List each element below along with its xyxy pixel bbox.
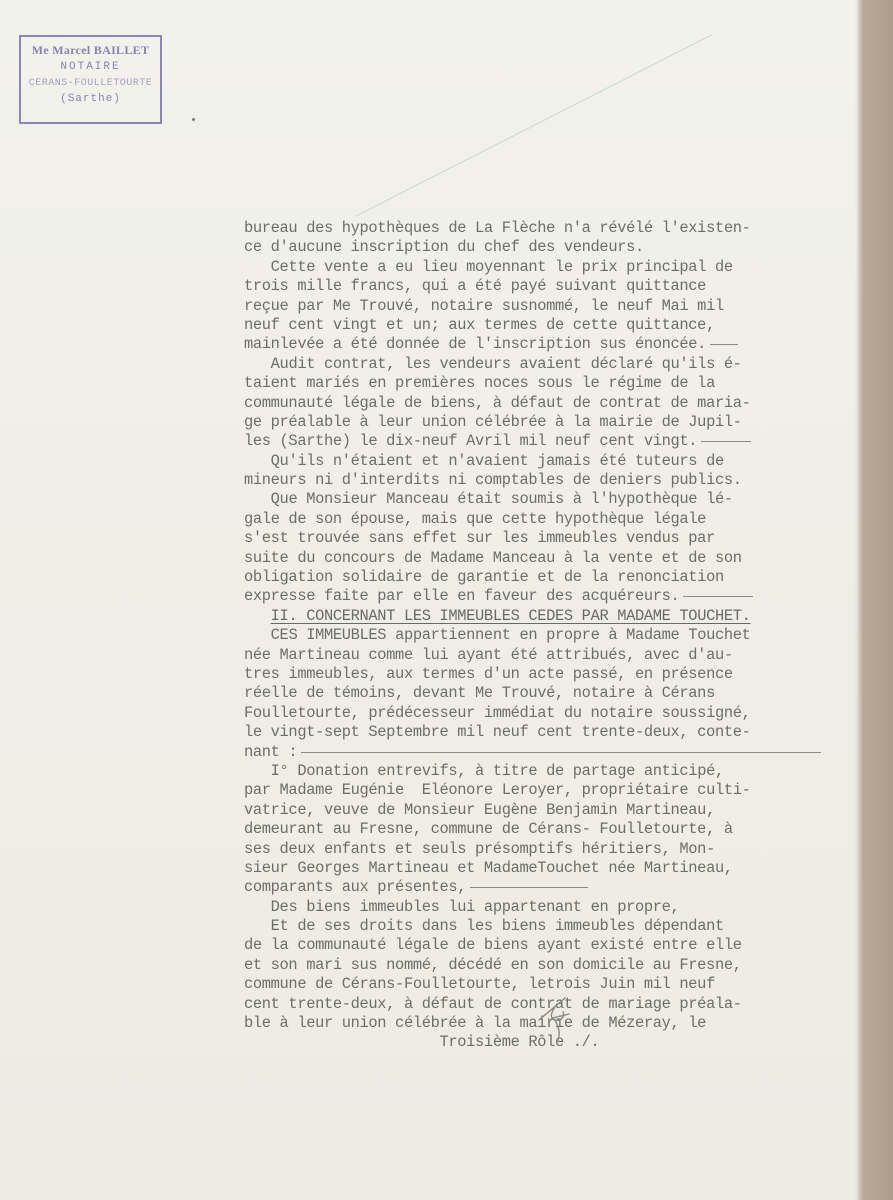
text-line: suite du concours de Madame Manceau à la… — [244, 549, 864, 568]
notary-stamp: Me Marcel BAILLET NOTAIRE CERANS-FOULLET… — [19, 35, 162, 124]
line-text: Et de ses droits dans les biens immeuble… — [271, 917, 724, 935]
filler-rule — [470, 887, 588, 888]
text-line: ses deux enfants et seuls présomptifs hé… — [244, 840, 864, 859]
text-line: Que Monsieur Manceau était soumis à l'hy… — [244, 490, 864, 509]
line-text: ble à leur union célébrée à la mairie de… — [244, 1014, 706, 1032]
text-line: sieur Georges Martineau et MadameTouchet… — [244, 859, 864, 878]
line-text: née Martineau comme lui ayant été attrib… — [244, 646, 733, 664]
text-line: les (Sarthe) le dix-neuf Avril mil neuf … — [244, 432, 864, 451]
text-line: née Martineau comme lui ayant été attrib… — [244, 646, 864, 665]
filler-rule — [683, 596, 753, 597]
ink-speck — [192, 118, 195, 121]
text-line: Audit contrat, les vendeurs avaient décl… — [244, 355, 864, 374]
text-line: gale de son épouse, mais que cette hypot… — [244, 510, 864, 529]
stamp-town: CERANS-FOULLETOURTE — [21, 79, 160, 89]
text-line: tres immeubles, aux termes d'un acte pas… — [244, 665, 864, 684]
text-line: ce d'aucune inscription du chef des vend… — [244, 238, 864, 257]
text-line: I° Donation entrevifs, à titre de partag… — [244, 762, 864, 781]
text-line: Cette vente a eu lieu moyennant le prix … — [244, 258, 864, 277]
line-text: ge préalable à leur union célébrée à la … — [244, 413, 742, 431]
line-text: communauté légale de biens, à défaut de … — [244, 394, 751, 412]
line-text: Cette vente a eu lieu moyennant le prix … — [271, 258, 733, 276]
line-text: réelle de témoins, devant Me Trouvé, not… — [244, 684, 715, 702]
text-line: Des biens immeubles lui appartenant en p… — [244, 898, 864, 917]
line-text: mainlevée a été donnée de l'inscription … — [244, 335, 706, 353]
stamp-title: NOTAIRE — [21, 62, 160, 73]
line-indent — [244, 355, 271, 373]
line-text: CES IMMEUBLES appartiennent en propre à … — [271, 626, 751, 644]
line-indent — [244, 762, 271, 780]
line-text: reçue par Me Trouvé, notaire susnommé, l… — [244, 297, 724, 315]
filler-rule — [301, 752, 821, 753]
line-text: bureau des hypothèques de La Flèche n'a … — [244, 219, 751, 237]
line-text: II. CONCERNANT LES IMMEUBLES CEDES PAR M… — [271, 607, 751, 625]
line-indent — [244, 898, 271, 916]
line-text: et son mari sus nommé, décédé en son dom… — [244, 956, 742, 974]
text-line: taient mariés en premières noces sous le… — [244, 374, 864, 393]
text-line: de la communauté légale de biens ayant e… — [244, 936, 864, 955]
text-line: communauté légale de biens, à défaut de … — [244, 394, 864, 413]
text-line: trois mille francs, qui a été payé suiva… — [244, 277, 864, 296]
line-text: Audit contrat, les vendeurs avaient décl… — [271, 355, 742, 373]
line-text: demeurant au Fresne, commune de Cérans- … — [244, 820, 733, 838]
text-line: expresse faite par elle en faveur des ac… — [244, 587, 864, 606]
typed-document-body: bureau des hypothèques de La Flèche n'a … — [244, 219, 864, 1053]
line-text: par Madame Eugénie Eléonore Leroyer, pro… — [244, 781, 751, 799]
text-line: mineurs ni d'interdits ni comptables de … — [244, 471, 864, 490]
line-text: neuf cent vingt et un; aux termes de cet… — [244, 316, 715, 334]
line-indent — [244, 917, 271, 935]
signature-initials — [535, 990, 585, 1045]
line-text: suite du concours de Madame Manceau à la… — [244, 549, 742, 567]
line-text: obligation solidaire de garantie et de l… — [244, 568, 724, 586]
line-text: sieur Georges Martineau et MadameTouchet… — [244, 859, 733, 877]
text-line: Foulletourte, prédécesseur immédiat du n… — [244, 704, 864, 723]
line-text: Qu'ils n'étaient et n'avaient jamais été… — [271, 452, 724, 470]
stamp-notary-name: Me Marcel BAILLET — [21, 44, 160, 56]
line-text: de la communauté légale de biens ayant e… — [244, 936, 742, 954]
line-text: taient mariés en premières noces sous le… — [244, 374, 715, 392]
line-indent — [244, 258, 271, 276]
text-line: bureau des hypothèques de La Flèche n'a … — [244, 219, 864, 238]
text-line: ge préalable à leur union célébrée à la … — [244, 413, 864, 432]
line-text: s'est trouvée sans effet sur les immeubl… — [244, 529, 715, 547]
line-text: nant : — [244, 743, 297, 761]
line-indent — [244, 490, 271, 508]
section-heading: II. CONCERNANT LES IMMEUBLES CEDES PAR M… — [244, 607, 864, 626]
line-text: tres immeubles, aux termes d'un acte pas… — [244, 665, 733, 683]
line-text: mineurs ni d'interdits ni comptables de … — [244, 471, 742, 489]
filler-rule — [701, 441, 751, 442]
text-line: Qu'ils n'étaient et n'avaient jamais été… — [244, 452, 864, 471]
text-line: CES IMMEUBLES appartiennent en propre à … — [244, 626, 864, 645]
line-text: I° Donation entrevifs, à titre de partag… — [271, 762, 724, 780]
line-text: trois mille francs, qui a été payé suiva… — [244, 277, 706, 295]
text-line: s'est trouvée sans effet sur les immeubl… — [244, 529, 864, 548]
line-indent — [244, 1033, 440, 1051]
line-text: Que Monsieur Manceau était soumis à l'hy… — [271, 490, 733, 508]
line-text: expresse faite par elle en faveur des ac… — [244, 587, 679, 605]
line-text: ce d'aucune inscription du chef des vend… — [244, 238, 644, 256]
line-text: ses deux enfants et seuls présomptifs hé… — [244, 840, 715, 858]
text-line: et son mari sus nommé, décédé en son dom… — [244, 956, 864, 975]
text-line: vatrice, veuve de Monsieur Eugène Benjam… — [244, 801, 864, 820]
line-text: vatrice, veuve de Monsieur Eugène Benjam… — [244, 801, 715, 819]
line-indent — [244, 607, 271, 625]
text-line: nant : — [244, 743, 864, 762]
stamp-region: (Sarthe) — [21, 94, 160, 105]
filler-rule — [710, 344, 738, 345]
text-line: réelle de témoins, devant Me Trouvé, not… — [244, 684, 864, 703]
line-text: comparants aux présentes, — [244, 878, 466, 896]
text-line: demeurant au Fresne, commune de Cérans- … — [244, 820, 864, 839]
text-line: mainlevée a été donnée de l'inscription … — [244, 335, 864, 354]
text-line: Et de ses droits dans les biens immeuble… — [244, 917, 864, 936]
text-line: par Madame Eugénie Eléonore Leroyer, pro… — [244, 781, 864, 800]
line-text: commune de Cérans-Foulletourte, letrois … — [244, 975, 715, 993]
text-line: reçue par Me Trouvé, notaire susnommé, l… — [244, 297, 864, 316]
line-text: les (Sarthe) le dix-neuf Avril mil neuf … — [244, 432, 697, 450]
line-text: Des biens immeubles lui appartenant en p… — [271, 898, 680, 916]
text-line: le vingt-sept Septembre mil neuf cent tr… — [244, 723, 864, 742]
line-indent — [244, 626, 271, 644]
text-line: neuf cent vingt et un; aux termes de cet… — [244, 316, 864, 335]
line-text: Foulletourte, prédécesseur immédiat du n… — [244, 704, 751, 722]
line-text: le vingt-sept Septembre mil neuf cent tr… — [244, 723, 751, 741]
text-line: obligation solidaire de garantie et de l… — [244, 568, 864, 587]
line-text: gale de son épouse, mais que cette hypot… — [244, 510, 706, 528]
line-text: cent trente-deux, à défaut de contrat de… — [244, 995, 742, 1013]
line-indent — [244, 452, 271, 470]
text-line: comparants aux présentes, — [244, 878, 864, 897]
